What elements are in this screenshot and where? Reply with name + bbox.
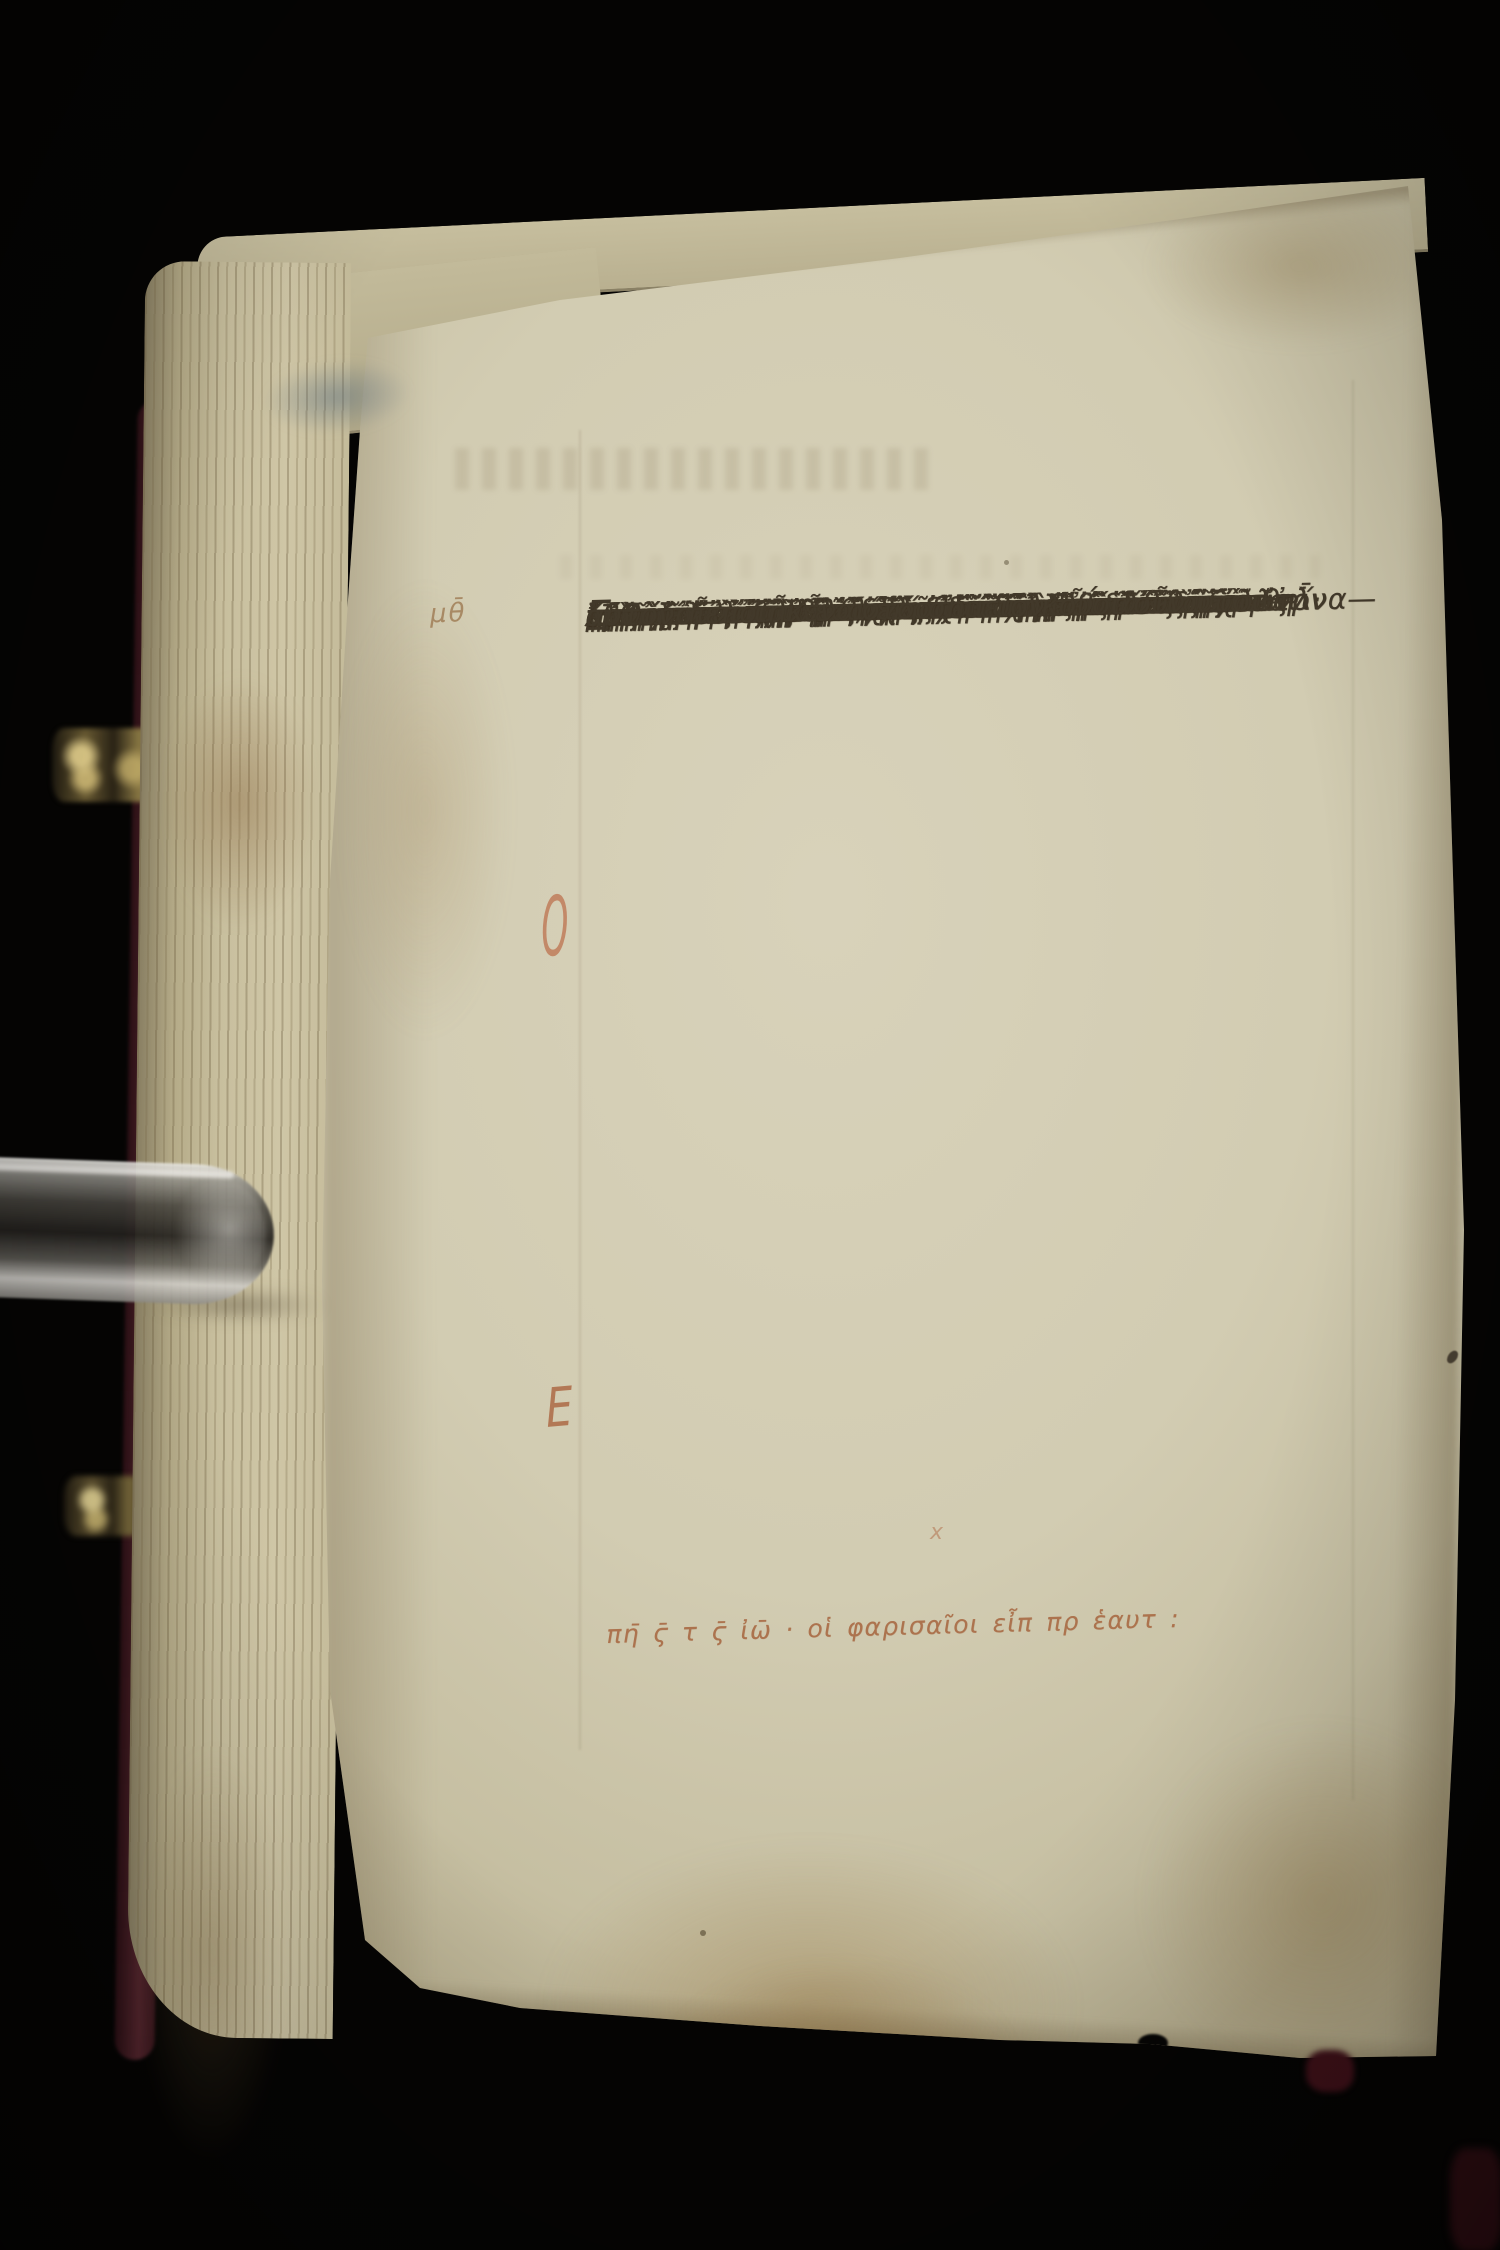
rubric-lection-note: πη̄ ϛ̄ τ ϛ̄ ἰω̄ · οἱ φαρισαῖοι εἶπ πρ ἑα… — [606, 1598, 1387, 1649]
fore-edge-stain — [135, 1741, 289, 2163]
ink-showthrough-band — [560, 555, 1320, 579]
page-stack-fore-edge — [127, 261, 352, 2039]
glass-rod-page-weight — [0, 1157, 276, 1307]
cover-fragment-corner — [1450, 2148, 1500, 2250]
stain-left-margin — [340, 580, 510, 1040]
page-edge-notch — [1138, 2034, 1168, 2052]
manuscript-photo: μθ̄ Ο Ε x ἔγνω οὖν ὄχλος πολὺς ἐκ τῶν ἰο… — [0, 0, 1500, 2250]
marginal-numeral: μθ̄ — [430, 597, 511, 630]
ink-speck — [700, 1930, 706, 1936]
text-line: αὐτὸν πεποιηκέναι τὸ σημεῖον· οἱ οὖν — [585, 582, 1186, 637]
red-collation-mark: x — [930, 1520, 943, 1545]
stain-bottom-right — [1140, 1720, 1500, 2080]
ink-speck — [1004, 560, 1009, 565]
red-initial-omicron: Ο — [541, 879, 568, 981]
red-initial-epsilon: Ε — [544, 1370, 596, 1454]
cover-fragment-bottom — [1306, 2050, 1354, 2092]
ink-showthrough-band — [455, 448, 935, 490]
fore-edge-stain — [158, 671, 321, 933]
text-block: ἔγνω οὖν ὄχλος πολὺς ἐκ τῶν ἰουδαίων ὅτι… — [585, 578, 1375, 596]
stain-bottom-center-dark — [660, 1960, 1020, 2160]
ruling-crease-left — [579, 430, 581, 1750]
